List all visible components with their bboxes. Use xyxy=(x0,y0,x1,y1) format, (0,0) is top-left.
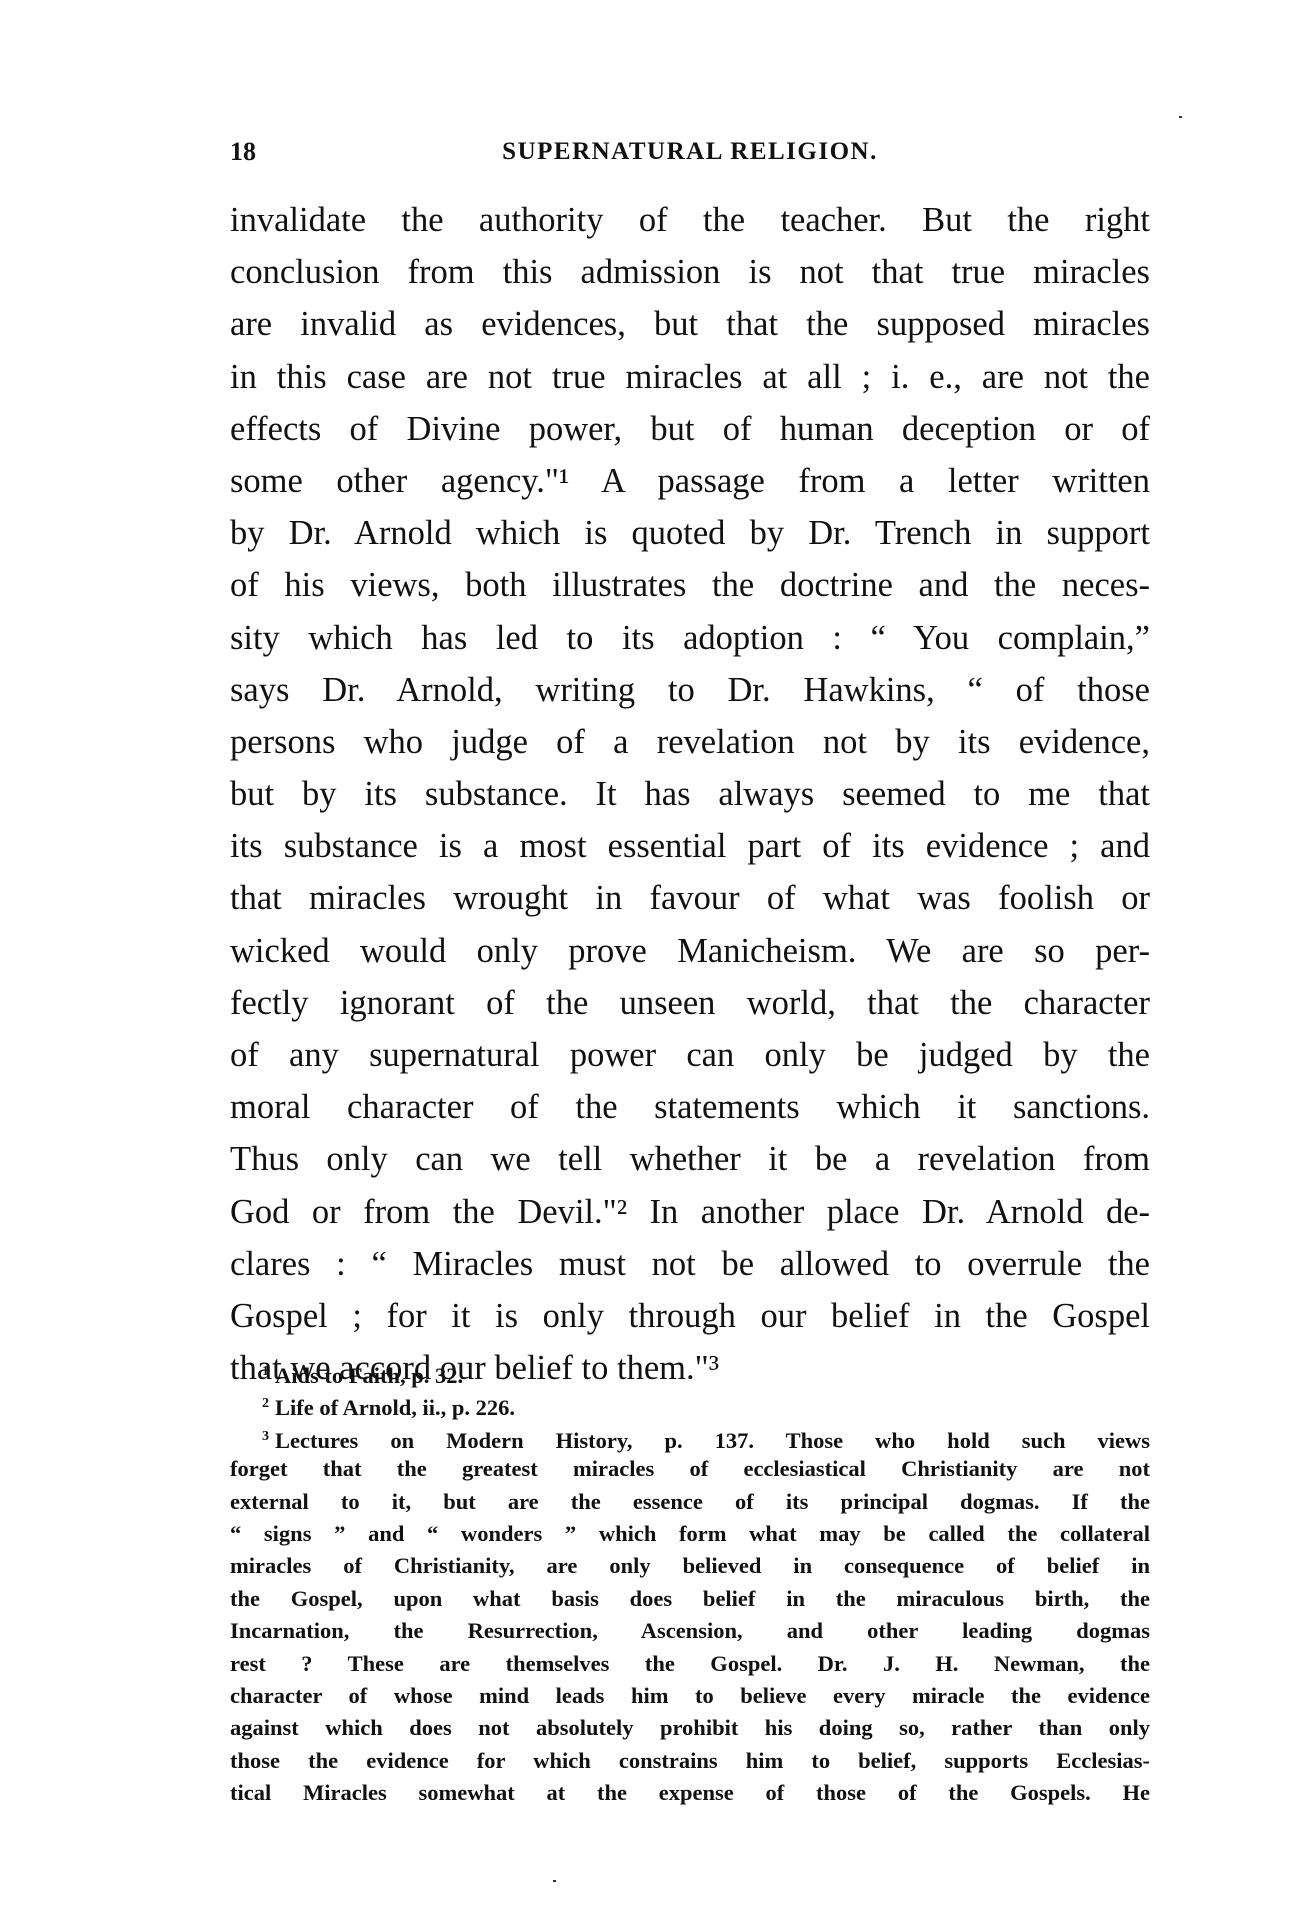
footnote-3: 3Lectures on Modern History, p. 137. Tho… xyxy=(230,1421,1150,1453)
footnote-line: external to it, but are the essence of i… xyxy=(230,1486,1150,1518)
body-line: by Dr. Arnold which is quoted by Dr. Tre… xyxy=(230,507,1150,559)
footnote-text: Lectures on Modern History, p. 137. Thos… xyxy=(275,1428,1150,1453)
body-line: its substance is a most essential part o… xyxy=(230,820,1150,872)
footnote-line: miracles of Christianity, are only belie… xyxy=(230,1550,1150,1582)
body-line: clares : “ Miracles must not be allowed … xyxy=(230,1238,1150,1290)
body-line: of his views, both illustrates the doctr… xyxy=(230,559,1150,611)
footnote-line: tical Miracles somewhat at the expense o… xyxy=(230,1777,1150,1809)
footnote-line: “ signs ” and “ wonders ” which form wha… xyxy=(230,1518,1150,1550)
body-line: some other agency."¹ A passage from a le… xyxy=(230,455,1150,507)
body-line: Thus only can we tell whether it be a re… xyxy=(230,1133,1150,1185)
body-line: moral character of the statements which … xyxy=(230,1081,1150,1133)
footnote-marker: 3 xyxy=(262,1429,269,1444)
footnote-line: against which does not absolutely prohib… xyxy=(230,1712,1150,1744)
footnote-line: Incarnation, the Resurrection, Ascension… xyxy=(230,1615,1150,1647)
footnote-text: Aids to Faith, p. 32. xyxy=(275,1363,463,1388)
running-head: 18 SUPERNATURAL RELIGION. xyxy=(230,132,1150,172)
body-line: wicked would only prove Manicheism. We a… xyxy=(230,925,1150,977)
body-line: fectly ignorant of the unseen world, tha… xyxy=(230,977,1150,1029)
footnote-marker: 1 xyxy=(262,1364,269,1379)
footnote-text: Life of Arnold, ii., p. 226. xyxy=(275,1395,515,1420)
footnote-line: those the evidence for which constrains … xyxy=(230,1745,1150,1777)
body-line: persons who judge of a revelation not by… xyxy=(230,716,1150,768)
footnote-line: the Gospel, upon what basis does belief … xyxy=(230,1583,1150,1615)
footnote-2: 2Life of Arnold, ii., p. 226. xyxy=(230,1388,1150,1420)
body-line: sity which has led to its adoption : “ Y… xyxy=(230,612,1150,664)
body-line: in this case are not true miracles at al… xyxy=(230,351,1150,403)
footnote-marker: 2 xyxy=(262,1396,269,1411)
body-text: invalidate the authority of the teacher.… xyxy=(230,194,1150,1394)
body-line: effects of Divine power, but of human de… xyxy=(230,403,1150,455)
running-title: SUPERNATURAL RELIGION. xyxy=(230,132,1150,172)
scan-speck xyxy=(1179,116,1182,118)
scan-speck xyxy=(553,1880,556,1882)
footnote-line: character of whose mind leads him to bel… xyxy=(230,1680,1150,1712)
footnote-line: rest ? These are themselves the Gospel. … xyxy=(230,1648,1150,1680)
footnote-1: 1Aids to Faith, p. 32. xyxy=(230,1356,1150,1388)
body-line: invalidate the authority of the teacher.… xyxy=(230,194,1150,246)
body-line: are invalid as evidences, but that the s… xyxy=(230,298,1150,350)
body-line: God or from the Devil."² In another plac… xyxy=(230,1186,1150,1238)
body-line: Gospel ; for it is only through our beli… xyxy=(230,1290,1150,1342)
body-line: conclusion from this admission is not th… xyxy=(230,246,1150,298)
footnote-line: forget that the greatest miracles of ecc… xyxy=(230,1453,1150,1485)
body-line: but by its substance. It has always seem… xyxy=(230,768,1150,820)
body-line: that miracles wrought in favour of what … xyxy=(230,872,1150,924)
footnotes: 1Aids to Faith, p. 32. 2Life of Arnold, … xyxy=(230,1356,1150,1809)
body-line: says Dr. Arnold, writing to Dr. Hawkins,… xyxy=(230,664,1150,716)
body-line: of any supernatural power can only be ju… xyxy=(230,1029,1150,1081)
